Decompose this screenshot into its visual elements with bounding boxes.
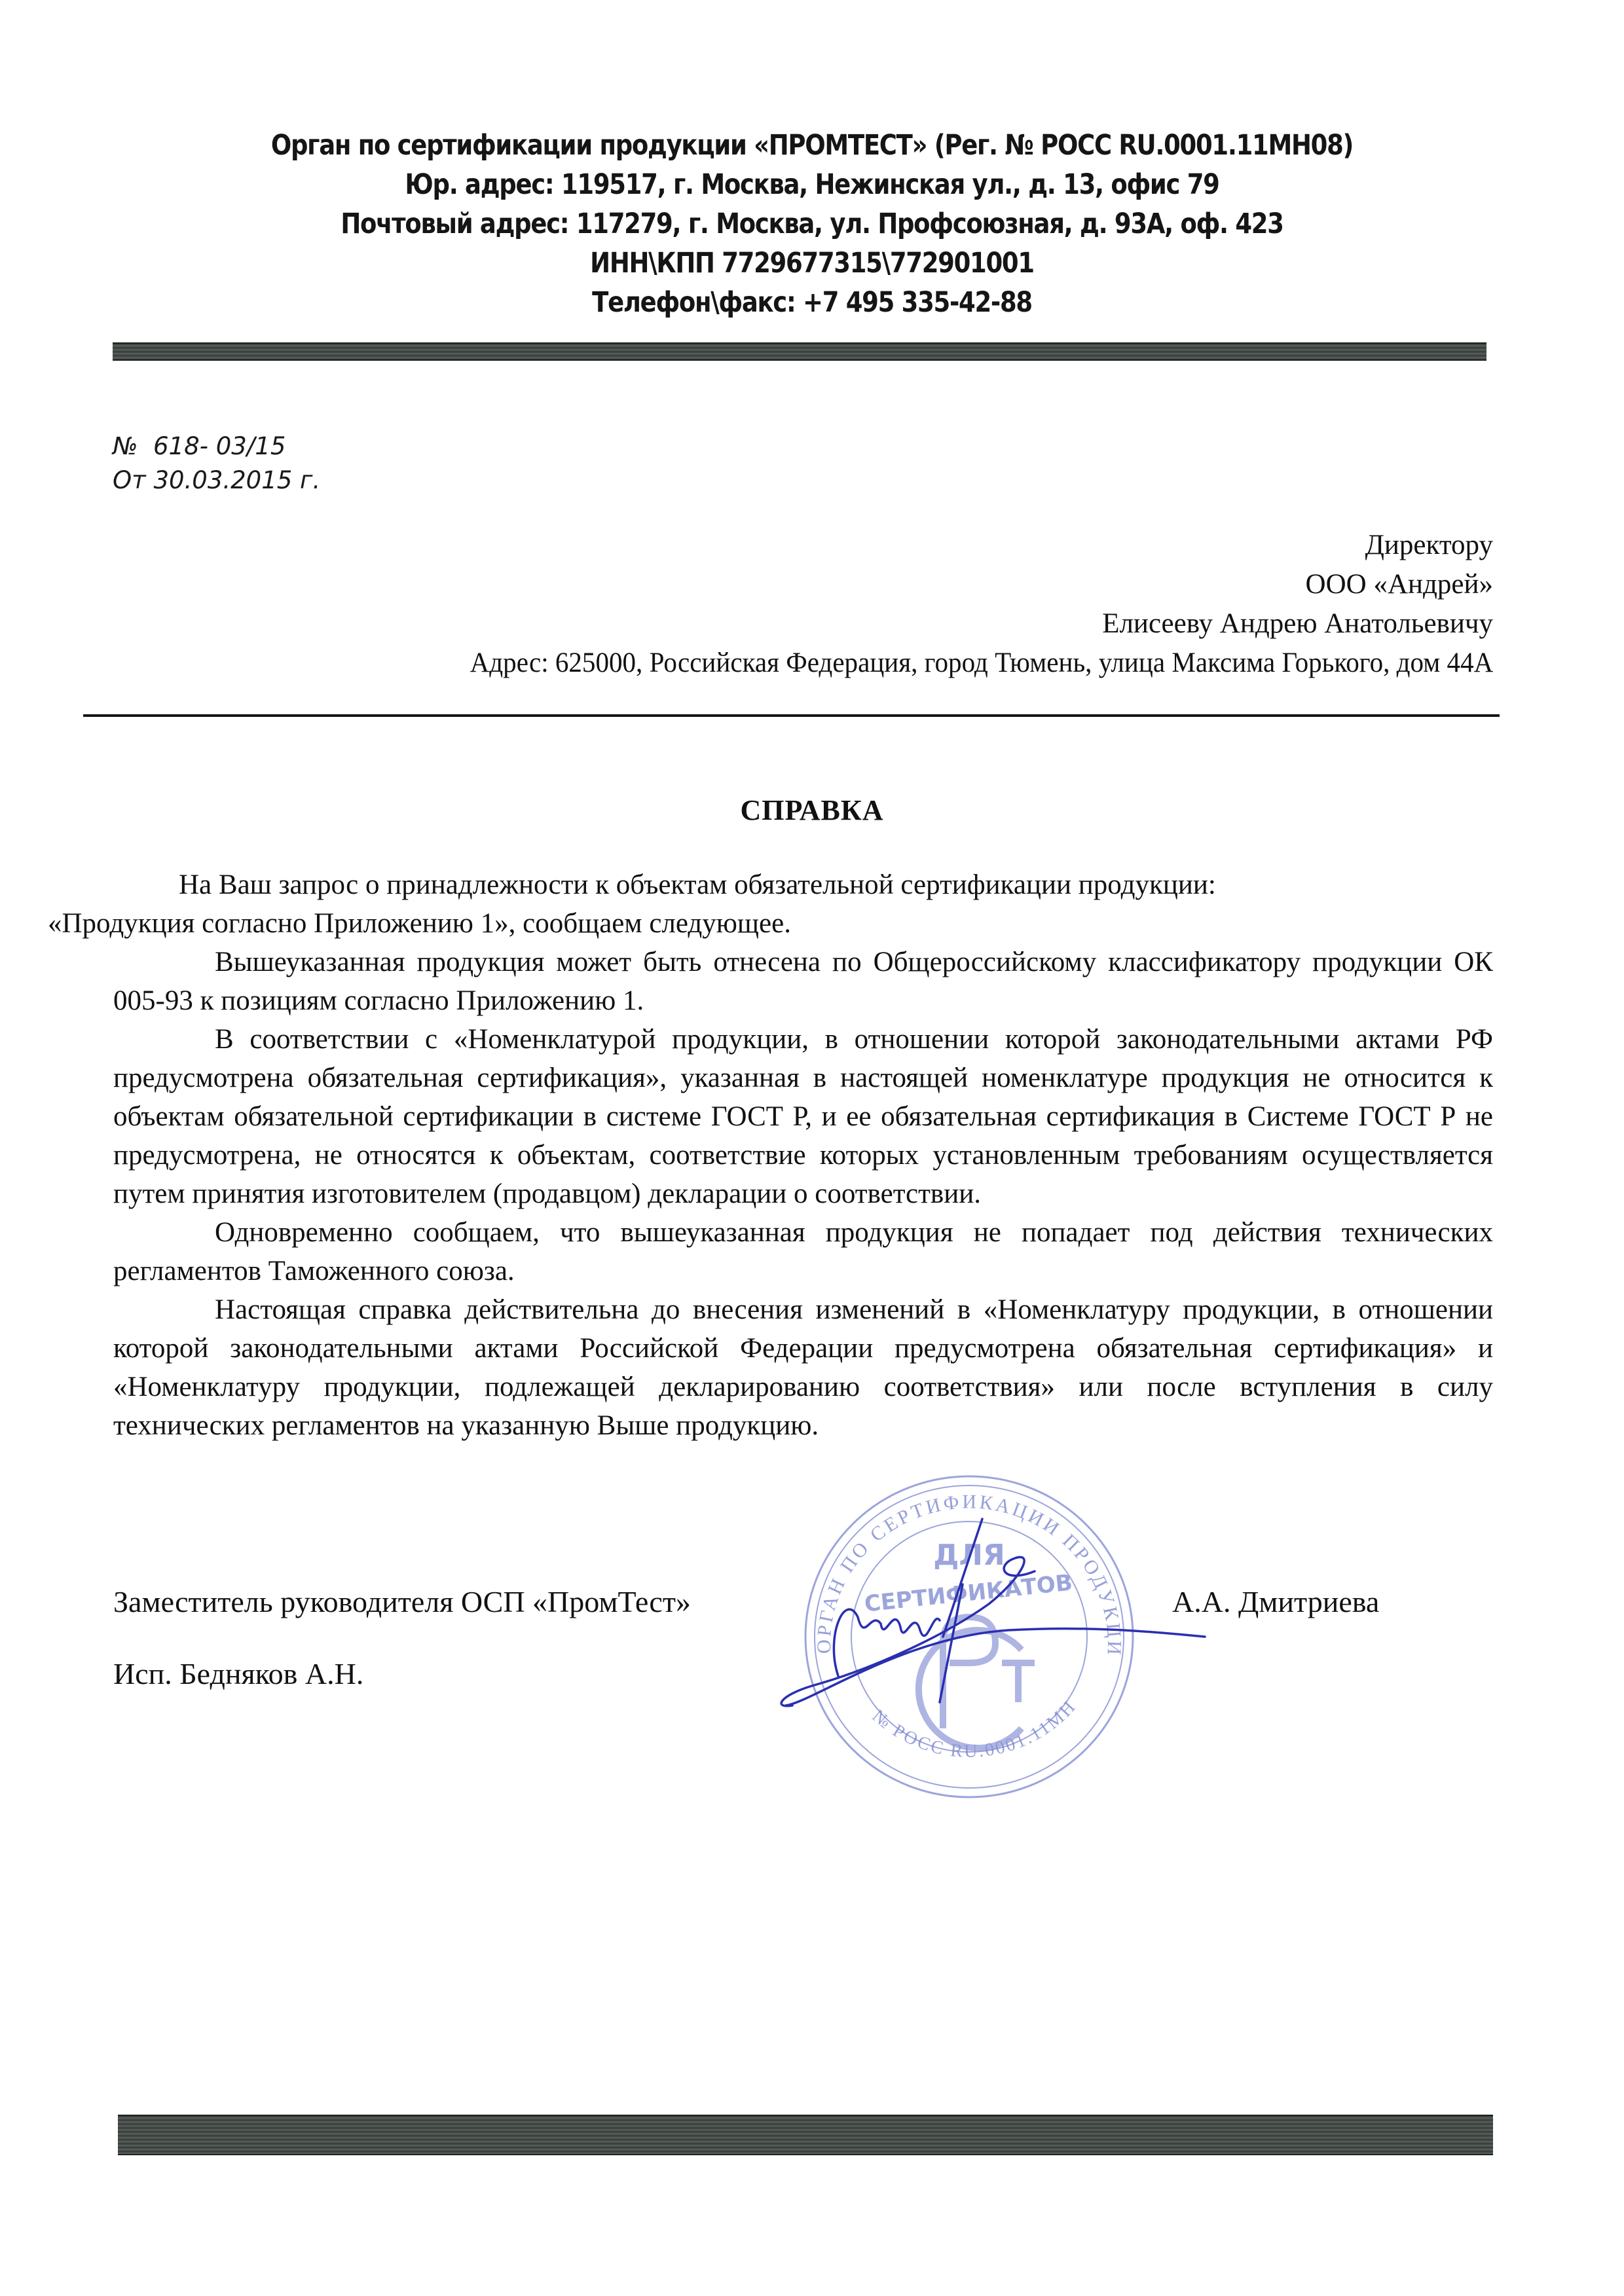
paragraph-validity: Настоящая справка действительна до внесе… [113,1290,1493,1445]
letterhead-inn-kpp: ИНН\КПП 7729677315\772901001 [114,247,1511,280]
footer-divider-bar [118,2115,1493,2155]
paragraph-nomenclature: В соответствии с «Номенклатурой продукци… [113,1020,1493,1213]
reference-number: № 618- 03/15 [113,432,286,460]
signatory-name: А.А. Дмитриева [1172,1584,1379,1619]
addressee-separator-line [83,714,1500,717]
paragraph-request: На Ваш запрос о принадлежности к объекта… [113,866,1493,943]
handwritten-signature-icon [773,1506,1218,1715]
paragraph-customs-union: Одновременно сообщаем, что вышеуказанная… [113,1213,1493,1290]
letterhead-phone-fax: Телефон\факс: +7 495 335-42-88 [114,286,1511,319]
executor-name: Исп. Бедняков А.Н. [113,1656,363,1691]
letterhead-legal-address: Юр. адрес: 119517, г. Москва, Нежинская … [114,168,1511,201]
document-body: На Ваш запрос о принадлежности к объекта… [113,866,1493,1445]
document-title: СПРАВКА [0,793,1624,827]
addressee-name: Елисееву Андрею Анатольевичу [1102,608,1493,640]
letterhead-divider-bar [113,342,1486,361]
letterhead-postal-address: Почтовый адрес: 117279, г. Москва, ул. П… [114,208,1511,240]
reference-date: От 30.03.2015 г. [113,466,320,494]
addressee-position: Директору [1365,529,1493,561]
signatory-position: Заместитель руководителя ОСП «ПромТест» [113,1584,691,1619]
addressee-company: ООО «Андрей» [1306,568,1493,600]
paragraph-classification: Вышеуказанная продукция может быть отнес… [113,943,1493,1020]
letterhead-org-name: Орган по сертификации продукции «ПРОМТЕС… [114,129,1511,162]
paragraph-request-line2: «Продукция согласно Приложению 1», сообщ… [48,908,791,939]
paragraph-request-line1: На Ваш запрос о принадлежности к объекта… [179,869,1216,900]
addressee-address: Адрес: 625000, Российская Федерация, гор… [470,647,1493,679]
